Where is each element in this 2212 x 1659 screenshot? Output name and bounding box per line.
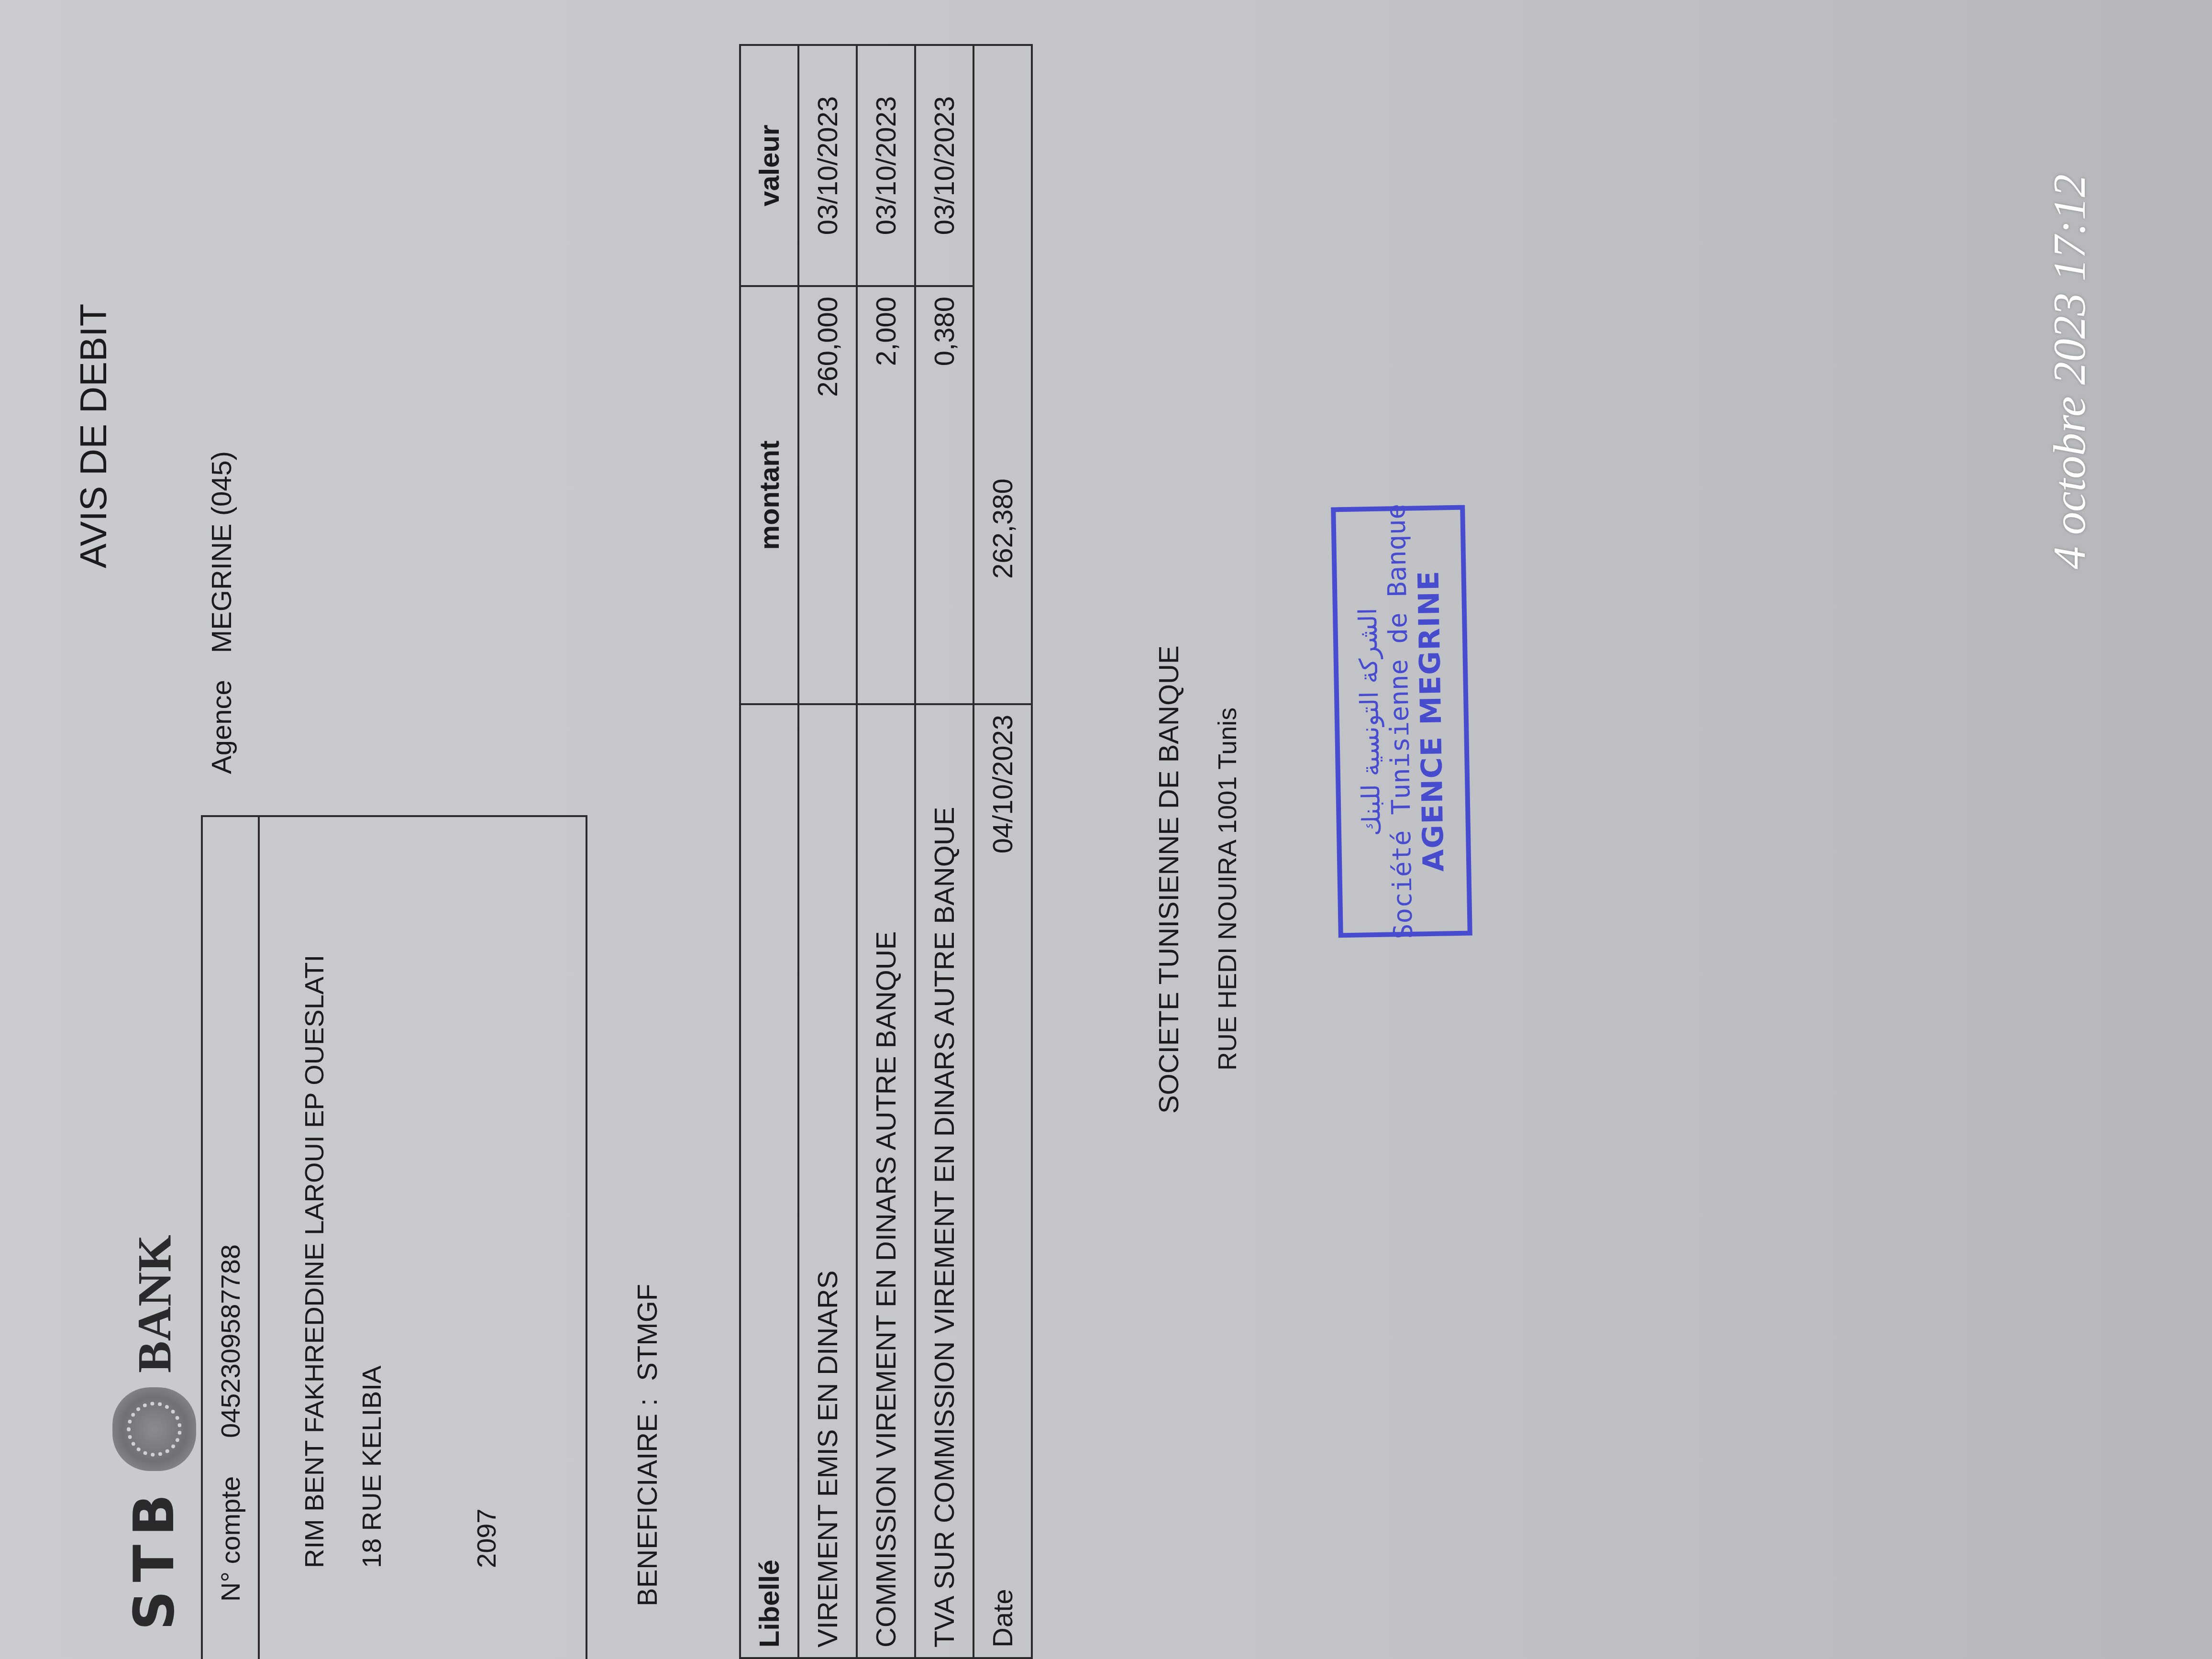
stamp-bank-line: Société Tunisienne de Banque [1381,503,1418,939]
date-value: 04/10/2023 [987,715,1019,853]
account-number: 0452309587788 [215,1244,246,1438]
row-valeur: 03/10/2023 [857,45,915,286]
beneficiary-value: STMGF [632,1284,663,1381]
row-libelle: TVA SUR COMMISSION VIREMENT EN DINARS AU… [915,704,973,1658]
table-header-row: Libellé montant valeur [740,45,798,1658]
date-cell: Date 04/10/2023 [973,704,1032,1658]
account-row: N° compte 0452309587788 [203,817,260,1659]
agency-value: MEGRINE (045) [206,451,237,653]
logo-bank-text: BANK [127,1235,182,1373]
document-title: AVIS DE DEBIT [72,304,115,568]
client-postal-code: 2097 [471,1508,502,1568]
account-label: N° compte [215,1476,246,1602]
debit-notice-document: STB BANK AVIS DE DEBIT Agence MEGRINE (0… [0,0,2212,1659]
row-valeur: 03/10/2023 [915,45,973,286]
column-header-libelle: Libellé [740,704,798,1658]
client-info-box: N° compte 0452309587788 RIM BENT FAKHRED… [201,815,587,1659]
operations-table: Libellé montant valeur VIREMENT EMIS EN … [739,44,1033,1659]
row-valeur: 03/10/2023 [798,45,857,286]
logo-stb-text: STB [122,1485,187,1630]
bank-address: RUE HEDI NOUIRA 1001 Tunis [1213,708,1242,1071]
bank-name: SOCIETE TUNISIENNE DE BANQUE [1153,645,1185,1114]
photo-timestamp: 4 octobre 2023 17:12 [2043,174,2096,569]
agency-stamp: الشركة التونسية للبنك Société Tunisienne… [1331,505,1472,938]
stb-emblem-icon [112,1387,196,1471]
row-libelle: VIREMENT EMIS EN DINARS [798,704,857,1658]
stamp-agency-line: AGENCE MEGRINE [1412,570,1450,872]
table-row: TVA SUR COMMISSION VIREMENT EN DINARS AU… [915,45,973,1658]
beneficiary-label: BENEFICIAIRE : [632,1398,663,1606]
column-header-valeur: valeur [740,45,798,286]
row-montant: 0,380 [915,286,973,704]
row-montant: 2,000 [857,286,915,704]
stb-bank-logo: STB BANK [112,1235,196,1630]
column-header-montant: montant [740,286,798,704]
row-montant: 260,000 [798,286,857,704]
agency-label: Agence [206,680,237,774]
table-row: COMMISSION VIREMENT EN DINARS AUTRE BANQ… [857,45,915,1658]
stamp-arabic-line: الشركة التونسية للبنك [1353,608,1386,836]
row-libelle: COMMISSION VIREMENT EN DINARS AUTRE BANQ… [857,704,915,1658]
date-label: Date [987,1589,1018,1648]
agency-info: Agence MEGRINE (045) [206,432,238,774]
client-address: 18 RUE KELIBIA [356,1366,387,1568]
total-row: Date 04/10/2023 262,380 [973,45,1032,1658]
beneficiary: BENEFICIAIRE : STMGF [631,1284,664,1606]
total-amount: 262,380 [973,45,1032,704]
table-row: VIREMENT EMIS EN DINARS 260,000 03/10/20… [798,45,857,1658]
client-name: RIM BENT FAKHREDDINE LAROUI EP OUESLATI [299,955,330,1568]
